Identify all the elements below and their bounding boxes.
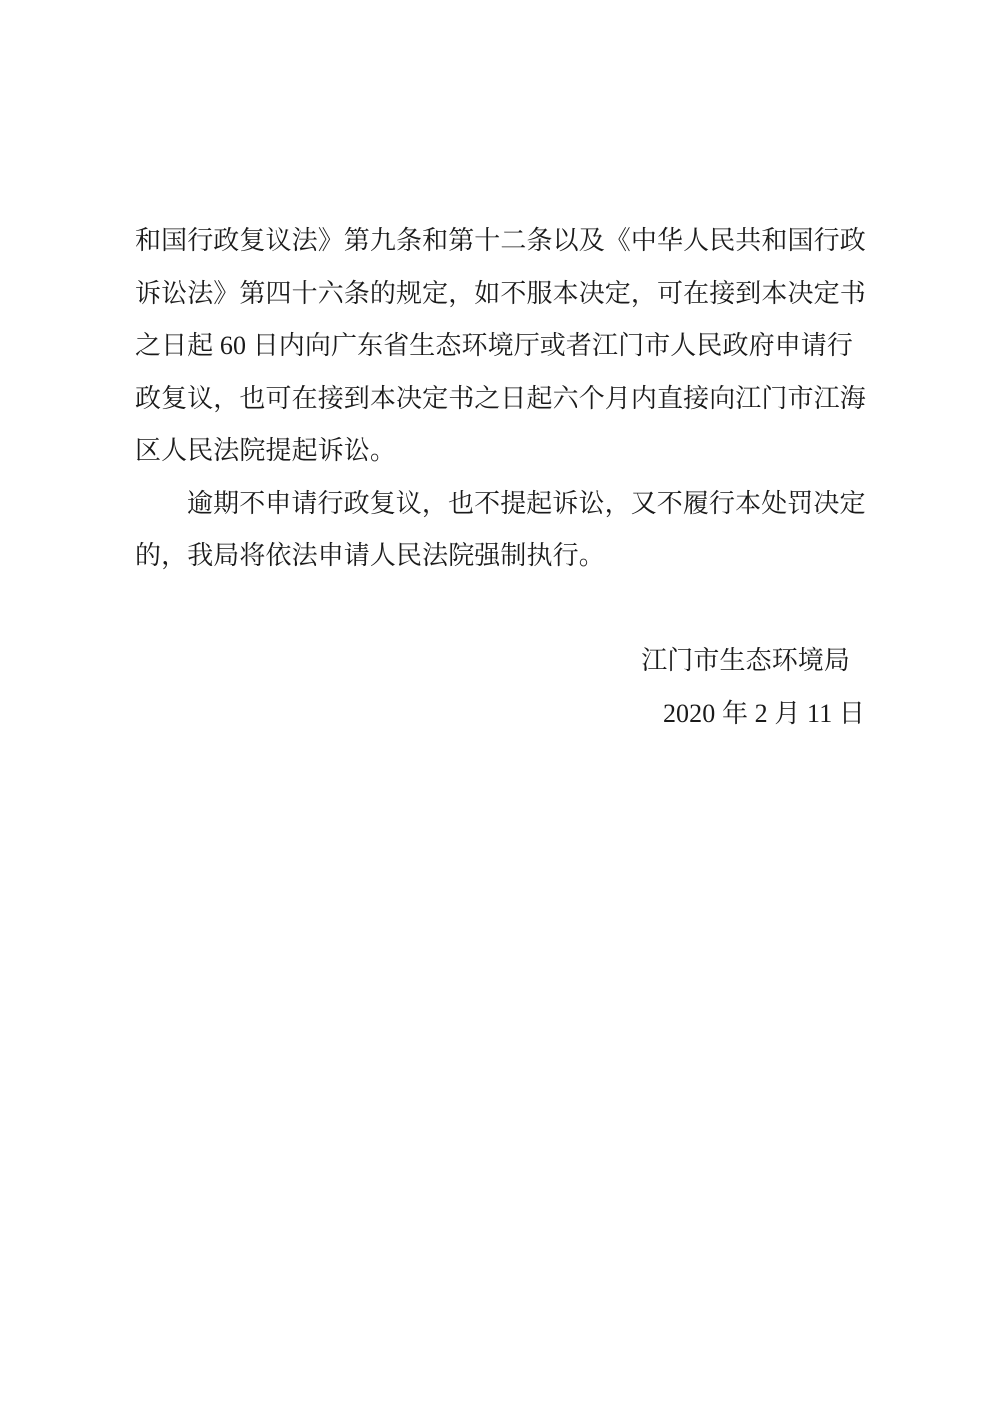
body-line-2: 诉讼法》第四十六条的规定，如不服本决定，可在接到本决定书 [135, 268, 867, 321]
signature-date: 2020 年 2 月 11 日 [135, 688, 867, 741]
document-body: 和国行政复议法》第九条和第十二条以及《中华人民共和国行政 诉讼法》第四十六条的规… [135, 215, 867, 740]
body-line-7: 的，我局将依法申请人民法院强制执行。 [135, 530, 867, 583]
body-line-4: 政复议，也可在接到本决定书之日起六个月内直接向江门市江海 [135, 373, 867, 426]
document-page: 和国行政复议法》第九条和第十二条以及《中华人民共和国行政 诉讼法》第四十六条的规… [0, 0, 992, 1403]
body-line-3: 之日起 60 日内向广东省生态环境厅或者江门市人民政府申请行 [135, 320, 867, 373]
signature-organization: 江门市生态环境局 [135, 635, 867, 688]
body-line-1: 和国行政复议法》第九条和第十二条以及《中华人民共和国行政 [135, 215, 867, 268]
body-line-6: 逾期不申请行政复议，也不提起诉讼，又不履行本处罚决定 [135, 478, 867, 531]
body-line-5: 区人民法院提起诉讼。 [135, 425, 867, 478]
